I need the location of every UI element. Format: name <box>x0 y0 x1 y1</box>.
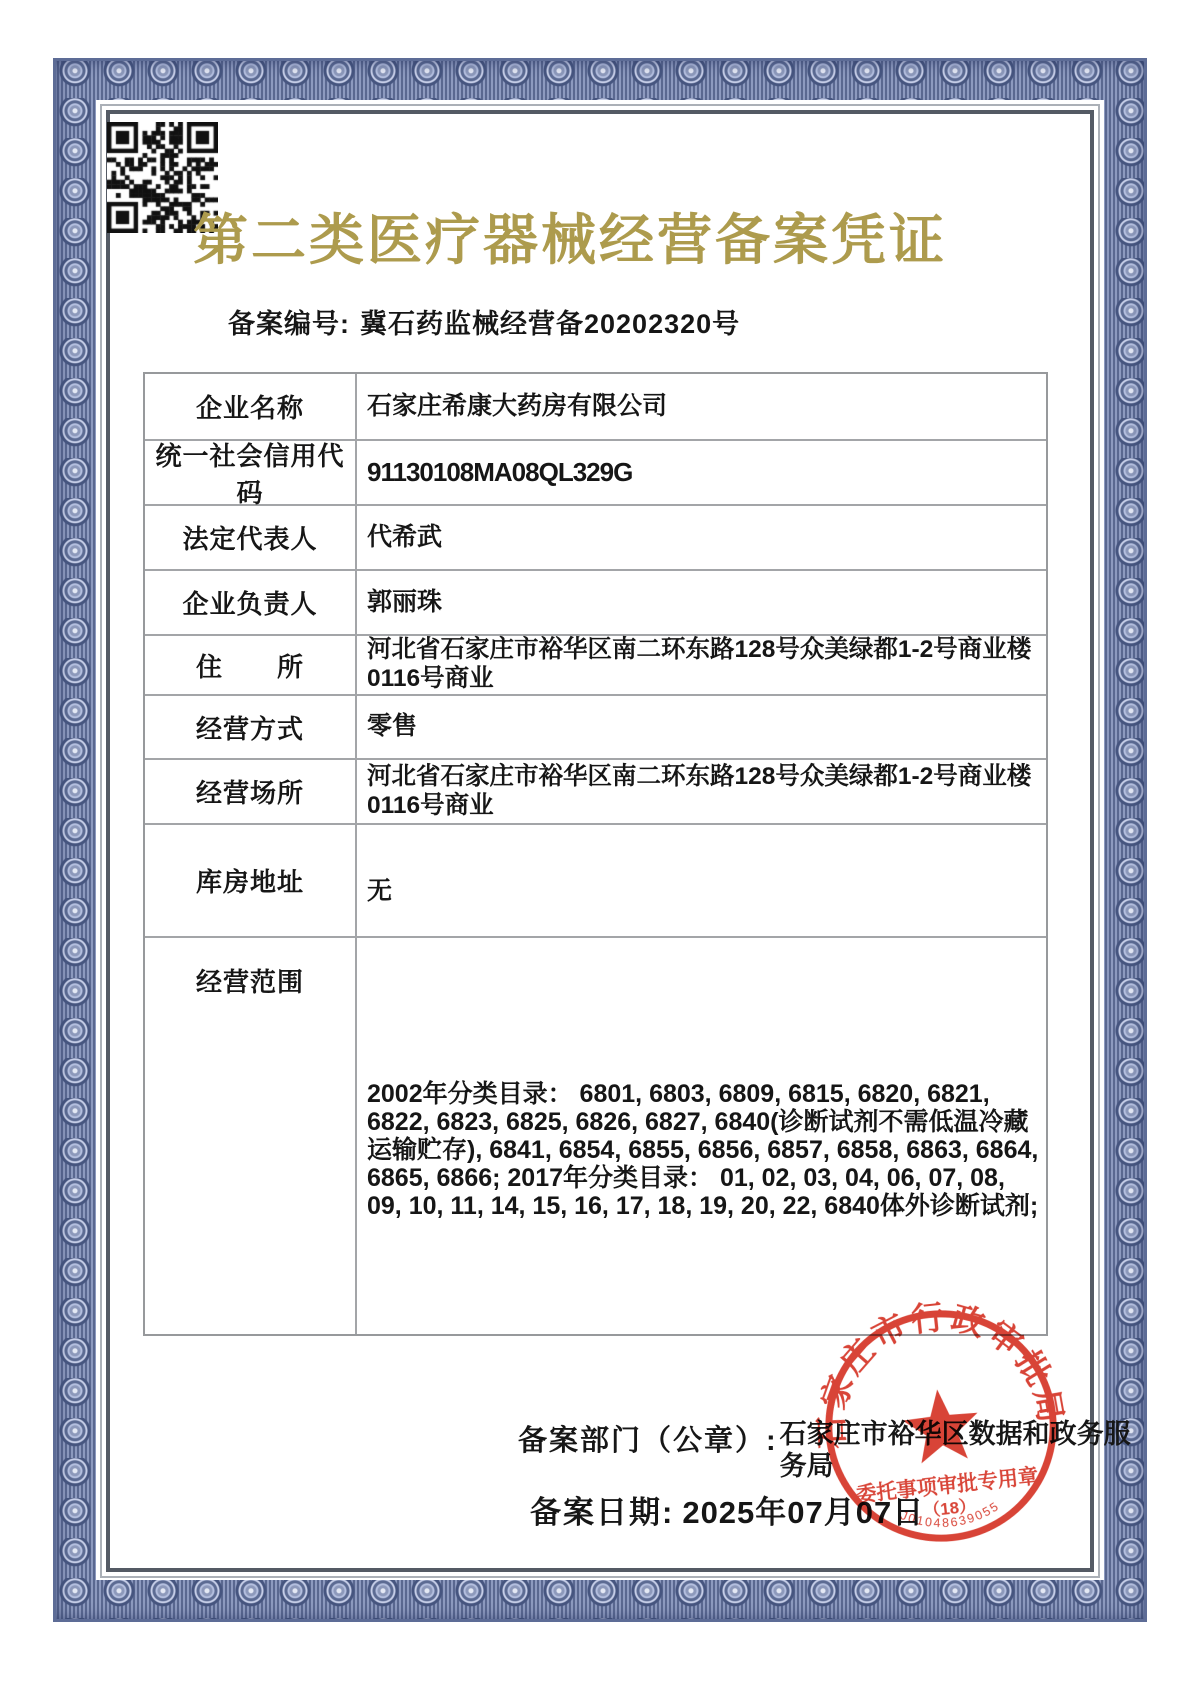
row-label: 法定代表人 <box>145 506 357 569</box>
row-value: 零售 <box>357 696 1046 758</box>
stamp-star-icon <box>900 1386 983 1465</box>
row-label: 统一社会信用代码 <box>145 441 357 504</box>
record-number-label: 备案编号: <box>228 309 350 339</box>
row-value: 河北省石家庄市裕华区南二环东路128号众美绿都1-2号商业楼0116号商业 <box>357 760 1046 823</box>
table-row: 经营方式 零售 <box>145 694 1046 758</box>
row-label: 住 所 <box>145 636 357 694</box>
table-row: 住 所 河北省石家庄市裕华区南二环东路128号众美绿都1-2号商业楼0116号商… <box>145 634 1046 694</box>
row-label: 经营范围 <box>145 938 357 1334</box>
row-label: 企业负责人 <box>145 571 357 634</box>
table-row: 经营范围 2002年分类目录： 6801, 6803, 6809, 6815, … <box>145 936 1046 1334</box>
row-value: 2002年分类目录： 6801, 6803, 6809, 6815, 6820,… <box>357 938 1046 1334</box>
row-label: 企业名称 <box>145 374 357 439</box>
table-row: 经营场所 河北省石家庄市裕华区南二环东路128号众美绿都1-2号商业楼0116号… <box>145 758 1046 823</box>
certificate-page: 第二类医疗器械经营备案凭证 备案编号:冀石药监械经营备20202320号 企业名… <box>0 0 1200 1696</box>
row-label: 经营方式 <box>145 696 357 758</box>
row-label: 库房地址 <box>145 825 357 936</box>
row-value: 91130108MA08QL329G <box>357 441 1046 504</box>
row-value: 代希武 <box>357 506 1046 569</box>
row-value: 河北省石家庄市裕华区南二环东路128号众美绿都1-2号商业楼0116号商业 <box>357 636 1046 694</box>
filing-department-label: 备案部门（公章）: <box>518 1418 778 1459</box>
table-row: 企业名称 石家庄希康大药房有限公司 <box>145 374 1046 439</box>
row-label: 经营场所 <box>145 760 357 823</box>
row-value: 无 <box>357 825 1046 936</box>
certificate-table: 企业名称 石家庄希康大药房有限公司 统一社会信用代码 91130108MA08Q… <box>143 372 1048 1336</box>
official-stamp: 石家庄市行政审批局 委托事项审批专用章 （18） J01048639055 <box>799 1284 1083 1568</box>
filing-date-label: 备案日期: <box>530 1495 674 1530</box>
record-number-value: 冀石药监械经营备20202320号 <box>360 309 740 339</box>
table-row: 库房地址 无 <box>145 823 1046 936</box>
table-row: 法定代表人 代希武 <box>145 504 1046 569</box>
record-number-line: 备案编号:冀石药监械经营备20202320号 <box>228 302 740 341</box>
row-value: 石家庄希康大药房有限公司 <box>357 374 1046 439</box>
certificate-title: 第二类医疗器械经营备案凭证 <box>0 212 1140 270</box>
table-row: 企业负责人 郭丽珠 <box>145 569 1046 634</box>
table-row: 统一社会信用代码 91130108MA08QL329G <box>145 439 1046 504</box>
row-value: 郭丽珠 <box>357 571 1046 634</box>
